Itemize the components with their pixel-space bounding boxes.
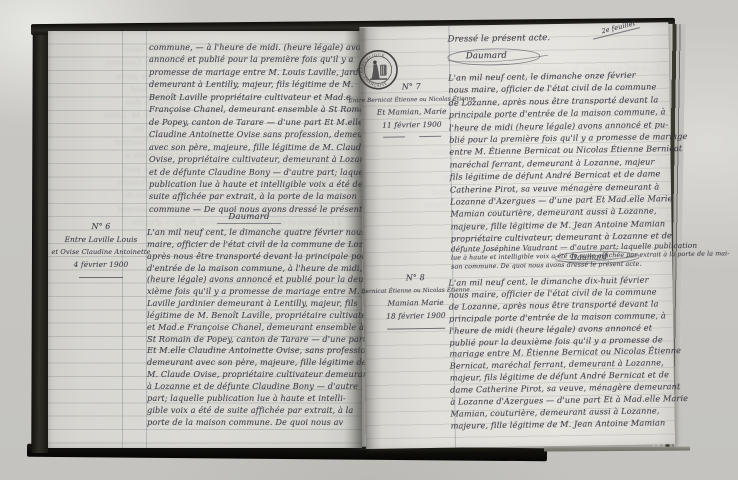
book-cover-left-edge xyxy=(31,25,49,453)
manuscript-line: maire, officier de l'état civil de la co… xyxy=(147,239,365,251)
manuscript-line: promesse de mariage entre M. Louis Lavil… xyxy=(149,66,363,78)
book-gutter-shadow xyxy=(344,28,382,450)
margin-names-line: Entre Laville Louis xyxy=(51,234,151,247)
manuscript-line: publication lue à haute et intelligible … xyxy=(149,178,363,190)
register-book-photo: L'an mil neuf cent, le dimanche quatre f… xyxy=(0,0,738,480)
manuscript-line: part; laquelle publication lue à haute e… xyxy=(147,393,365,405)
right-page: L'an mil neuf cent, le dimanche dix-huit… xyxy=(359,22,675,449)
entry-6-text: L'an mil neuf cent, le dimanche quatre f… xyxy=(147,227,365,428)
manuscript-line: après nous être transporté devant la pri… xyxy=(147,251,365,263)
manuscript-line: porte de la maison commune. De quoi nous… xyxy=(147,417,365,429)
manuscript-line: légitime de M. Benoît Laville, propriéta… xyxy=(147,310,365,322)
manuscript-line: suite affichée par extrait, à la porte d… xyxy=(149,190,363,202)
signature-name: Daumard xyxy=(571,252,608,262)
entry-number: N° 6 xyxy=(51,221,151,234)
signature-name: Daumard xyxy=(466,51,507,62)
manuscript-line: Claudine Antoinette Ovise sans professio… xyxy=(149,128,363,140)
manuscript-line: gible voix a été de suite affichée par e… xyxy=(147,405,365,417)
manuscript-line: demeurant à Lentilly, majeur, fils légit… xyxy=(149,78,363,90)
entry-5-continuation-text: commune, — à l'heure de midi. (heure lég… xyxy=(149,41,363,215)
manuscript-line: (heure légale) avons annoncé et publié p… xyxy=(147,274,365,286)
manuscript-line: de Popey, canton de Tarare — d'une part … xyxy=(149,116,363,128)
signature-flourish-line xyxy=(217,223,281,224)
entry-7-text: L'an mil neuf cent, le dimanche onze fév… xyxy=(448,68,667,245)
entry-8-text: L'an mil neuf cent, le dimanche dix-huit… xyxy=(448,274,668,432)
page-stack-bottom-edge xyxy=(544,446,690,451)
manuscript-line: et Mad.e Françoise Chanel, demeurant ens… xyxy=(147,322,365,334)
manuscript-line: xième fois qu'il y a promesse de mariage… xyxy=(147,286,365,298)
margin-underline xyxy=(79,277,123,278)
manuscript-line: commune, — à l'heure de midi. (heure lég… xyxy=(149,41,363,53)
manuscript-line: Laville jardinier demeurant à Lentilly, … xyxy=(147,298,365,310)
manuscript-line: Et M.elle Claudine Antoinette Ovise, san… xyxy=(147,345,365,357)
manuscript-line: d'entrée de la maison commune, à l'heure… xyxy=(147,263,365,275)
signature-name: Daumard xyxy=(228,212,269,222)
manuscript-line: à Lozanne et de défunte Claudine Bony — … xyxy=(147,381,365,393)
manuscript-line: Ovise, propriétaire cultivateur, demeura… xyxy=(149,153,363,165)
manuscript-line: et de défunte Claudine Bony — d'autre pa… xyxy=(149,166,363,178)
manuscript-line: St Romain de Popey, canton de Tarare — d… xyxy=(147,334,365,346)
manuscript-line: M. Claude Ovise, propriétaire cultivateu… xyxy=(147,369,365,381)
entry-7-signature-flourish: Daumard xyxy=(551,249,643,266)
manuscript-line: L'an mil neuf cent, le dimanche quatre f… xyxy=(147,227,365,239)
mayor-signature-oval: Daumard xyxy=(444,46,554,68)
entry-6-margin-note: N° 6 Entre Laville Louis et Ovise Claudi… xyxy=(51,221,151,278)
manuscript-line: Françoise Chanel, demeurant ensemble à S… xyxy=(149,103,363,115)
left-page: L'an mil neuf cent, le dimanche quatre f… xyxy=(48,31,362,448)
margin-date: 4 février 1900 xyxy=(51,259,151,272)
manuscript-line: annoncé et publié pour la première fois … xyxy=(149,53,363,65)
manuscript-line: demeurant avec son père, majeure, fille … xyxy=(147,357,365,369)
mayor-signature: Daumard xyxy=(194,212,304,224)
margin-names-line: et Ovise Claudine Antoinette xyxy=(51,246,151,259)
manuscript-line: Benoît Laville propriétaire cultivateur … xyxy=(149,91,363,103)
manuscript-line: avec son père, majeure, fille légitime d… xyxy=(149,141,363,153)
